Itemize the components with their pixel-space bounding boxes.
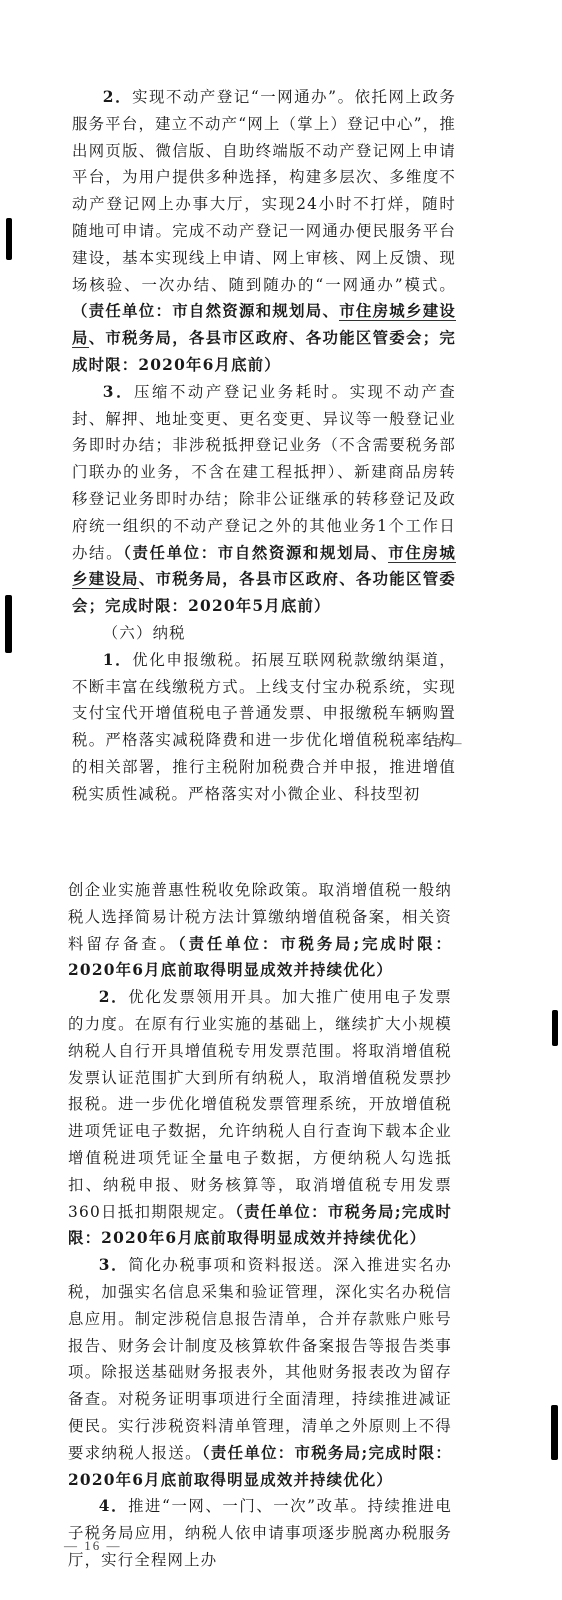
page-number: — 15 — <box>406 735 464 751</box>
section-heading: （六）纳税 <box>72 620 456 647</box>
scan-mark <box>551 1405 558 1460</box>
paragraph: 3．简化办税事项和资料报送。深入推进实名办税，加强实名信息采集和验证管理，深化实… <box>68 1252 452 1493</box>
scan-mark <box>5 595 12 653</box>
paragraph: 4．推进“一网、一门、一次”改革。持续推进电子税务局应用，纳税人依申请事项逐步脱… <box>68 1493 452 1573</box>
paragraph: 创企业实施普惠性税收免除政策。取消增值税一般纳税人选择简易计税方法计算缴纳增值税… <box>68 877 452 984</box>
body-text: 创企业实施普惠性税收免除政策。取消增值税一般纳税人选择简易计税方法计算缴纳增值税… <box>68 877 452 1574</box>
body-text: 2．实现不动产登记“一网通办”。依托网上政务服务平台，建立不动产“网上（掌上）登… <box>72 84 456 808</box>
scan-mark <box>552 1010 558 1046</box>
document-page-16: 创企业实施普惠性税收免除政策。取消增值税一般纳税人选择简易计税方法计算缴纳增值税… <box>0 760 562 1600</box>
paragraph: 3．压缩不动产登记业务耗时。实现不动产查封、解押、地址变更、更名变更、异议等一般… <box>72 379 456 620</box>
scan-mark <box>6 218 12 260</box>
paragraph: 2．优化发票领用开具。加大推广使用电子发票的力度。在原有行业实施的基础上，继续扩… <box>68 984 452 1252</box>
document-page-15: 2．实现不动产登记“一网通办”。依托网上政务服务平台，建立不动产“网上（掌上）登… <box>0 0 562 760</box>
paragraph: 2．实现不动产登记“一网通办”。依托网上政务服务平台，建立不动产“网上（掌上）登… <box>72 84 456 379</box>
page-number: — 16 — <box>64 1538 122 1554</box>
